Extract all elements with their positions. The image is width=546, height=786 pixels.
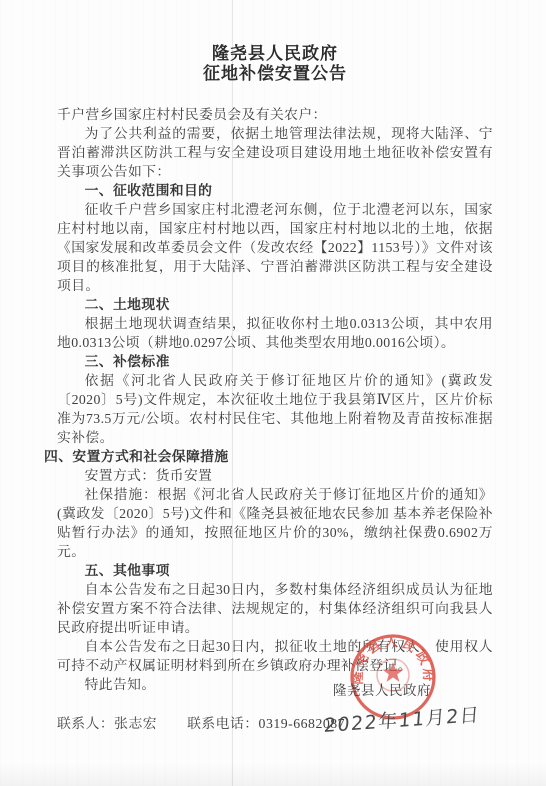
document-title: 隆尧县人民政府 <box>57 44 493 64</box>
contact-person: 联系人：张志宏 <box>57 716 157 731</box>
paragraph-intro: 为了公共利益的需要，依据土地管理法律法规，现将大陆泽、宁晋泊蓄滞洪区防洪工程与安… <box>57 124 493 181</box>
section-heading-1: 一、征收范围和目的 <box>57 181 493 200</box>
scanned-announcement-page: 隆尧县人民政府 征地补偿安置公告 千户营乡国家庄村村民委员会及有关农户： 为了公… <box>0 0 546 786</box>
issuer-signature: 隆尧县人民政府 <box>333 679 431 699</box>
section-heading-5: 五、其他事项 <box>57 561 493 580</box>
paragraph-scope: 征收千户营乡国家庄村北澧老河东侧，位于北澧老河以东，国家庄村村地以南，国家庄村村… <box>57 200 493 295</box>
contact-phone: 联系电话：0319-6682087 <box>187 716 345 731</box>
paragraph-hearing: 自本公告发布之日起30日内，多数村集体经济组织成员认为征地补偿安置方案不符合法律… <box>57 580 493 637</box>
paragraph-resettlement: 安置方式：货币安置 <box>57 466 493 485</box>
section-heading-4: 四、安置方式和社会保障措施 <box>44 447 493 466</box>
announcement-subtitle: 征地补偿安置公告 <box>57 64 493 84</box>
salutation: 千户营乡国家庄村村民委员会及有关农户： <box>57 105 493 124</box>
title-block: 隆尧县人民政府 征地补偿安置公告 <box>57 44 493 84</box>
paragraph-land-status: 根据土地现状调查结果，拟征收你村土地0.0313公顷，其中农用地0.0313公顷… <box>57 314 493 352</box>
paragraph-social-security: 社保措施：根据《河北省人民政府关于修订征地区片价的通知》(冀政发〔2020〕5号… <box>57 485 493 561</box>
section-heading-3: 三、补偿标准 <box>57 352 493 371</box>
paragraph-compensation: 依据《河北省人民政府关于修订征地区片价的通知》(冀政发〔2020〕5号)文件规定… <box>57 371 493 447</box>
section-heading-2: 二、土地现状 <box>57 295 493 314</box>
document-content: 隆尧县人民政府 征地补偿安置公告 千户营乡国家庄村村民委员会及有关农户： 为了公… <box>57 44 493 732</box>
